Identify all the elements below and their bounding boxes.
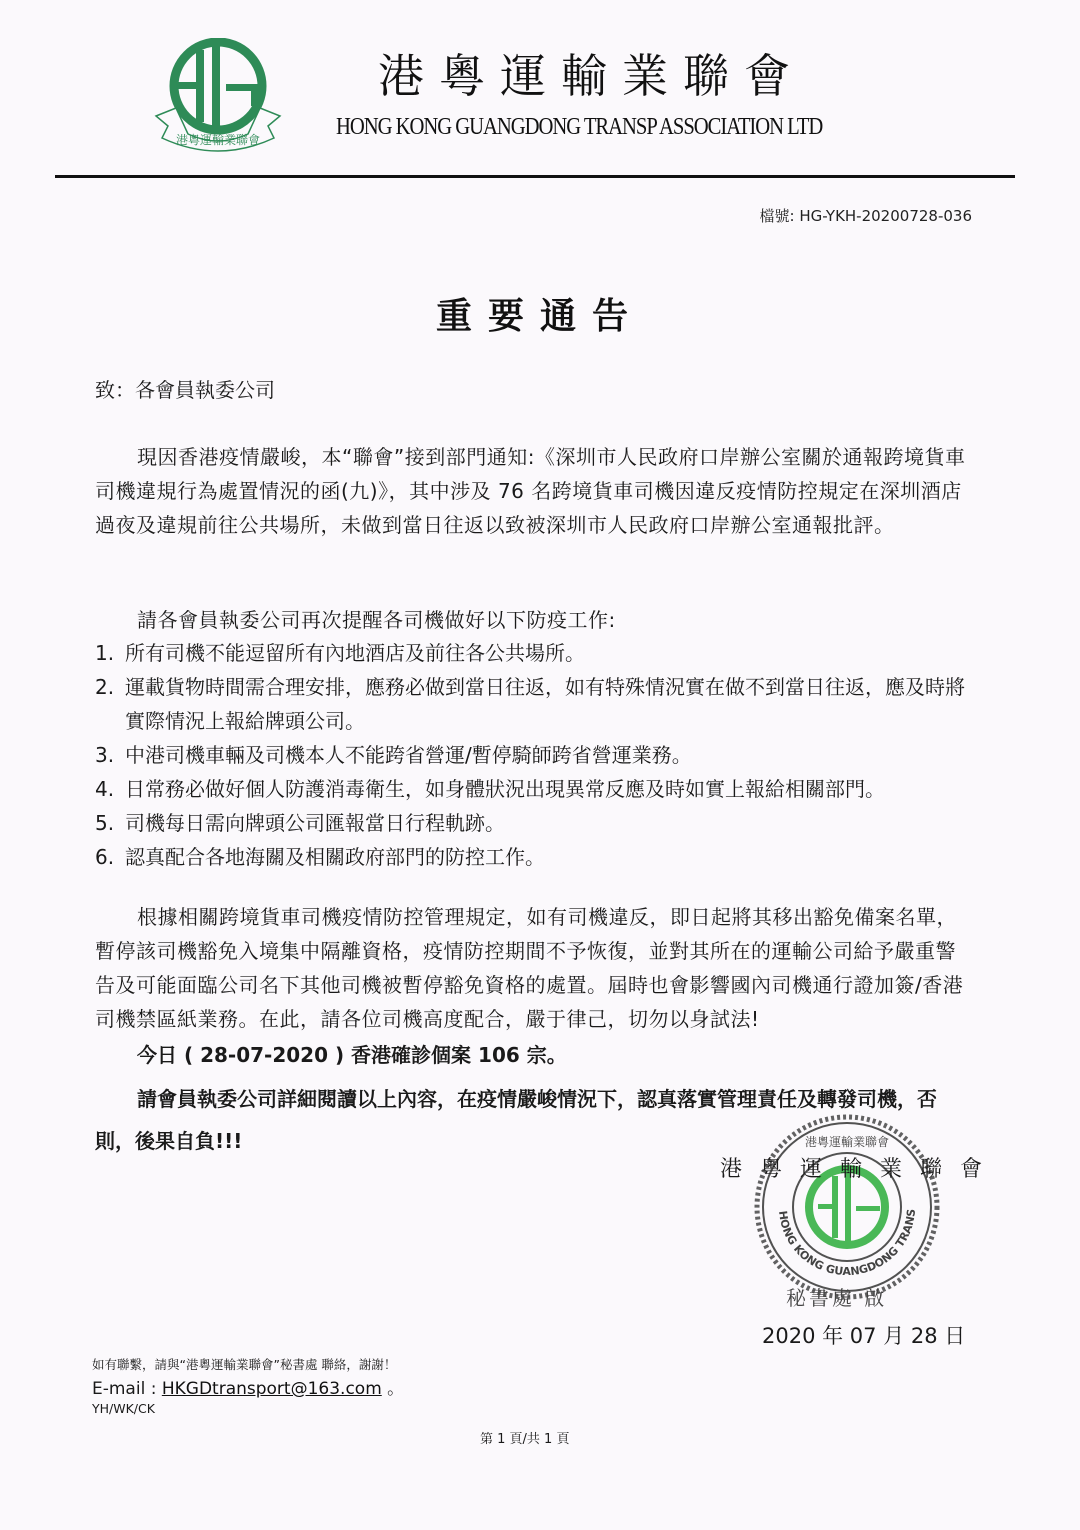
- staff-initials: YH/WK/CK: [92, 1401, 155, 1416]
- contact-note: 如有聯繫，請與“港粵運輸業聯會”秘書處 聯絡，謝謝！: [92, 1355, 396, 1373]
- svg-text:港粵運輸業聯會: 港粵運輸業聯會: [176, 132, 260, 147]
- page-number: 第 1 頁/共 1 頁: [480, 1428, 569, 1447]
- list-item: 1.所有司機不能逗留所有內地酒店及前往各公共場所。: [95, 636, 975, 670]
- list-item: 4.日常務必做好個人防護消毒衛生，如身體狀況出現異常反應及時如實上報給相關部門。: [95, 772, 975, 806]
- recipient-line: 致：各會員執委公司: [95, 374, 275, 403]
- list-item: 6.認真配合各地海關及相關政府部門的防控工作。: [95, 840, 975, 874]
- paragraph-background: 現因香港疫情嚴峻，本“聯會”接到部門通知:《深圳市人民政府口岸辦公室關於通報跨境…: [95, 440, 975, 542]
- email-row: E-mail : HKGDtransport@163.com 。: [92, 1374, 404, 1399]
- today-cases: 今日 ( 28-07-2020 ) 香港確診個案 106 宗。: [137, 1039, 567, 1068]
- association-logo: 港粵運輸業聯會: [148, 38, 288, 156]
- svg-text:港粵運輸業聯會: 港粵運輸業聯會: [805, 1134, 889, 1149]
- list-item: 2.運載貨物時間需合理安排，應務必做到當日往返，如有特殊情況實在做不到當日往返，…: [95, 670, 975, 738]
- list-item: 3.中港司機車輛及司機本人不能跨省營運/暫停騎師跨省營運業務。: [95, 738, 975, 772]
- email-suffix: 。: [387, 1379, 404, 1399]
- signature-org: 港粵運輸業聯會: [720, 1152, 1000, 1183]
- org-name-chinese: 港粵運輸業聯會: [378, 40, 805, 106]
- paragraph-penalty: 根據相關跨境貨車司機疫情防控管理規定，如有司機違反，即日起將其移出豁免備案名單，…: [95, 900, 975, 1036]
- signature-date: 2020 年 07 月 28 日: [762, 1320, 965, 1350]
- stamp-seal-icon: HONG KONG GUANGDONG TRANSP ASSOCIATION L…: [752, 1112, 942, 1302]
- email-label: E-mail :: [92, 1379, 156, 1399]
- signature-office: 秘書處 啟: [786, 1282, 887, 1311]
- email-link[interactable]: HKGDtransport@163.com: [162, 1379, 382, 1399]
- paragraph-instruction: 請各會員執委公司再次提醒各司機做好以下防疫工作:: [95, 603, 975, 637]
- header-divider: [55, 175, 1015, 178]
- notice-title: 重要通告: [0, 288, 1080, 339]
- list-item: 5.司機每日需向牌頭公司匯報當日行程軌跡。: [95, 806, 975, 840]
- official-stamp: HONG KONG GUANGDONG TRANSP ASSOCIATION L…: [752, 1112, 942, 1302]
- measures-list: 1.所有司機不能逗留所有內地酒店及前往各公共場所。 2.運載貨物時間需合理安排，…: [95, 636, 975, 874]
- org-name-english: HONG KONG GUANGDONG TRANSP ASSOCIATION L…: [336, 114, 822, 141]
- reference-number: 檔號: HG-YKH-20200728-036: [760, 205, 972, 226]
- hg-logo-icon: 港粵運輸業聯會: [148, 38, 288, 156]
